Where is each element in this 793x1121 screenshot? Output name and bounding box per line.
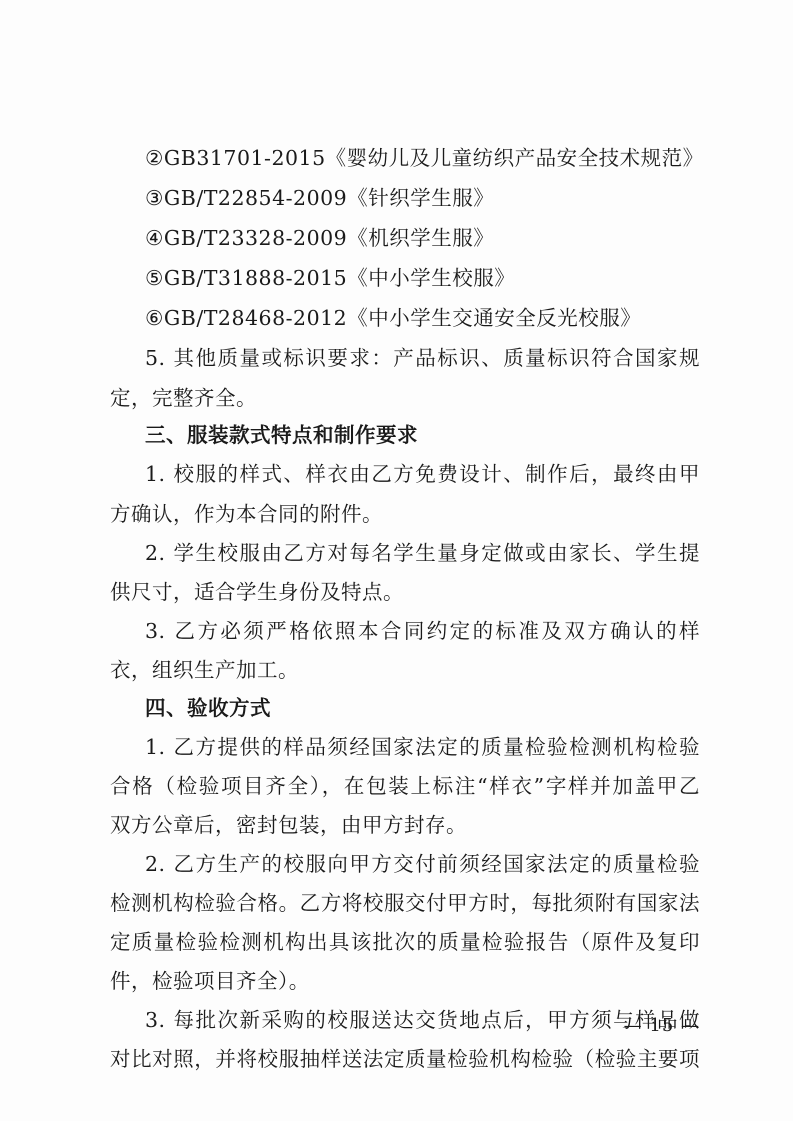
- style-item-2-line-2: 供尺寸，适合学生身份及特点。: [110, 574, 700, 610]
- acceptance-item-3-line-2: 对比对照，并将校服抽样送法定质量检验机构检验（检验主要项: [110, 1041, 700, 1077]
- standard-item-4: ④GB/T23328-2009《机织学生服》: [145, 220, 735, 256]
- page-number: — 15 —: [600, 1011, 700, 1041]
- standard-item-5: ⑤GB/T31888-2015《中小学生校服》: [145, 260, 735, 296]
- standard-item-3: ③GB/T22854-2009《针织学生服》: [145, 180, 735, 216]
- style-item-1-line-1: 1. 校服的样式、样衣由乙方免费设计、制作后，最终由甲: [145, 456, 700, 492]
- acceptance-item-1-line-3: 双方公章后，密封包装，由甲方封存。: [110, 807, 700, 843]
- acceptance-item-2-line-4: 件，检验项目齐全）。: [110, 963, 700, 999]
- style-item-1-line-2: 方确认，作为本合同的附件。: [110, 496, 700, 532]
- acceptance-item-2-line-2: 检测机构检验合格。乙方将校服交付甲方时，每批须附有国家法: [110, 885, 700, 921]
- style-item-3-line-2: 衣，组织生产加工。: [110, 652, 700, 688]
- acceptance-item-2-line-1: 2. 乙方生产的校服向甲方交付前须经国家法定的质量检验: [145, 846, 700, 882]
- standard-item-2: ②GB31701-2015《婴幼儿及儿童纺织产品安全技术规范》: [145, 140, 735, 176]
- style-item-3-line-1: 3. 乙方必须严格依照本合同约定的标准及双方确认的样: [145, 613, 700, 649]
- standard-item-6: ⑥GB/T28468-2012《中小学生交通安全反光校服》: [145, 300, 735, 336]
- quality-requirement-line-1: 5. 其他质量或标识要求：产品标识、质量标识符合国家规: [145, 340, 700, 376]
- quality-requirement-line-2: 定，完整齐全。: [110, 380, 700, 416]
- acceptance-item-1-line-1: 1. 乙方提供的样品须经国家法定的质量检验检测机构检验: [145, 729, 700, 765]
- document-page: ②GB31701-2015《婴幼儿及儿童纺织产品安全技术规范》 ③GB/T228…: [0, 0, 793, 1121]
- section-heading-style-requirements: 三、服装款式特点和制作要求: [145, 417, 735, 453]
- acceptance-item-2-line-3: 定质量检验检测机构出具该批次的质量检验报告（原件及复印: [110, 924, 700, 960]
- acceptance-item-1-line-2: 合格（检验项目齐全），在包装上标注“样衣”字样并加盖甲乙: [110, 768, 700, 804]
- style-item-2-line-1: 2. 学生校服由乙方对每名学生量身定做或由家长、学生提: [145, 535, 700, 571]
- section-heading-acceptance: 四、验收方式: [145, 690, 735, 726]
